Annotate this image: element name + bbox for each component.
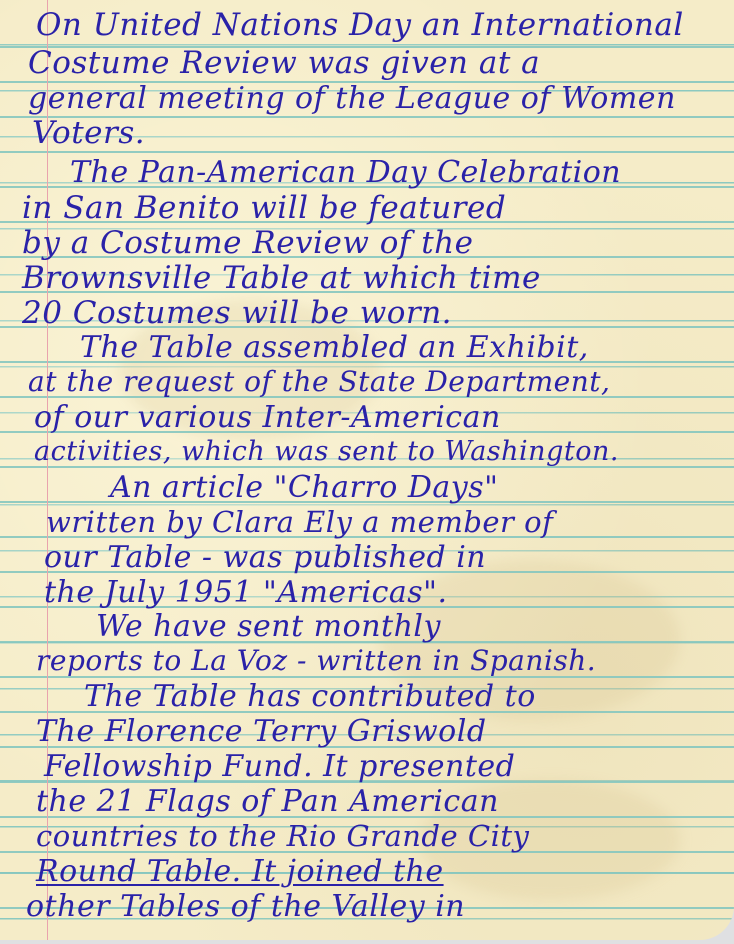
text-line: reports to La Voz - written in Spanish. [36,647,596,675]
rule-line [0,151,734,153]
text-line: The Pan-American Day Celebration [70,158,621,188]
text-line: the July 1951 "Americas". [44,578,448,608]
text-line: Voters. [32,118,145,149]
text-line: in San Benito will be featured [22,193,506,224]
text-line: On United Nations Day an International [36,10,684,41]
text-line: general meeting of the League of Women [28,84,676,114]
text-line: The Florence Terry Griswold [36,717,487,747]
text-line: countries to the Rio Grande City [36,822,529,851]
text-line: Costume Review was given at a [28,48,540,79]
text-line: 20 Costumes will be worn. [22,298,452,329]
text-line: of our various Inter-American [34,403,501,433]
text-line: We have sent monthly [96,612,441,642]
text-line: Brownsville Table at which time [22,263,541,294]
notebook-page: On United Nations Day an International C… [0,0,734,940]
text-line: other Tables of the Valley in [26,892,465,922]
text-line: Fellowship Fund. It presented [44,752,515,782]
text-line: the 21 Flags of Pan American [36,787,499,817]
text-line: An article "Charro Days" [110,473,498,503]
text-line: by a Costume Review of the [22,228,473,259]
text-line: The Table assembled an Exhibit, [80,333,589,363]
text-line: Round Table. It joined the [36,857,444,887]
text-line: at the request of the State Department, [28,368,610,396]
text-line: The Table has contributed to [84,682,536,712]
text-line: activities, which was sent to Washington… [34,438,619,465]
text-line: our Table - was published in [44,543,486,573]
text-line: written by Clara Ely a member of [46,508,553,537]
